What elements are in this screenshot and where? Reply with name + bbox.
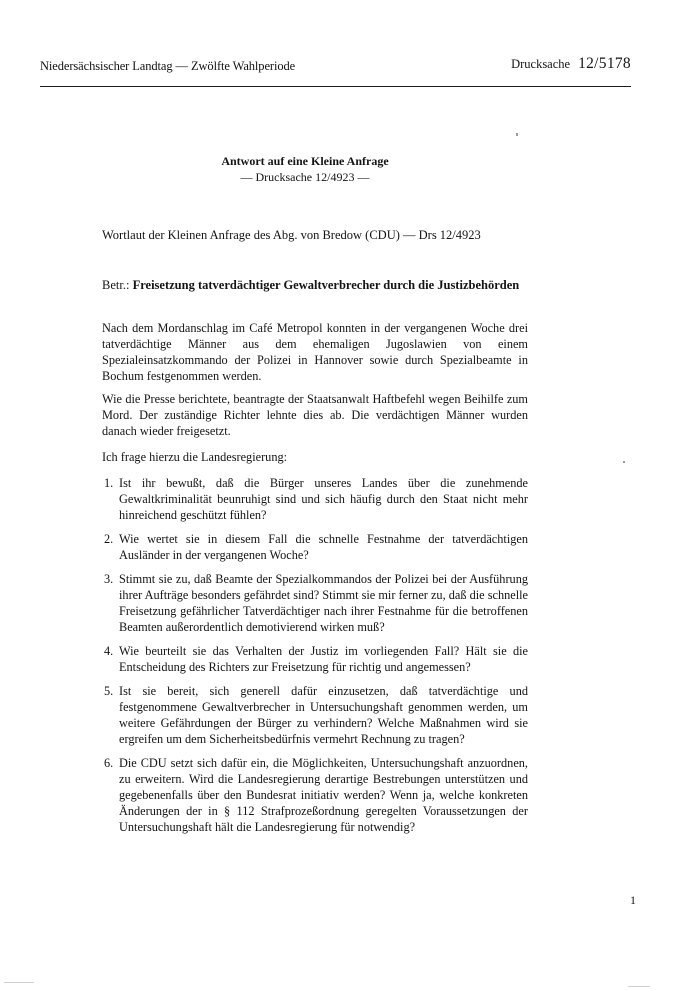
question-item: 5. Ist sie bereit, sich generell dafür e… <box>102 683 528 747</box>
question-number: 1. <box>104 475 113 491</box>
question-text: Wie wertet sie in diesem Fall die schnel… <box>119 532 528 562</box>
inquiry-body: Nach dem Mordanschlag im Café Metropol k… <box>102 320 528 843</box>
question-text: Die CDU setzt sich dafür ein, die Möglic… <box>119 756 528 834</box>
body-paragraph: Wie die Presse berichtete, beantragte de… <box>102 391 528 439</box>
question-item: 3. Stimmt sie zu, daß Beamte der Spezial… <box>102 571 528 635</box>
question-item: 1. Ist ihr bewußt, daß die Bürger unsere… <box>102 475 528 523</box>
answer-title: Antwort auf eine Kleine Anfrage <box>0 154 610 169</box>
scan-speck <box>516 133 518 136</box>
question-number: 3. <box>104 571 113 587</box>
scan-speck <box>623 461 625 463</box>
header-divider <box>40 86 631 87</box>
drucksache-reference: Drucksache 12/5178 <box>511 55 631 73</box>
question-number: 2. <box>104 531 113 547</box>
question-text: Ist ihr bewußt, daß die Bürger unseres L… <box>119 476 528 522</box>
subject-line: Betr.: Freisetzung tatverdächtiger Gewal… <box>102 278 519 293</box>
parliament-title: Niedersächsischer Landtag — Zwölfte Wahl… <box>40 59 295 74</box>
inquiry-wording-line: Wortlaut der Kleinen Anfrage des Abg. vo… <box>102 228 481 243</box>
question-text: Wie beurteilt sie das Verhalten der Just… <box>119 644 528 674</box>
subject-text: Freisetzung tatverdächtiger Gewaltverbre… <box>133 278 520 292</box>
document-page: Niedersächsischer Landtag — Zwölfte Wahl… <box>0 0 700 990</box>
body-paragraph: Nach dem Mordanschlag im Café Metropol k… <box>102 320 528 384</box>
question-number: 6. <box>104 755 113 771</box>
question-item: 2. Wie wertet sie in diesem Fall die sch… <box>102 531 528 563</box>
page-header: Niedersächsischer Landtag — Zwölfte Wahl… <box>40 55 631 77</box>
question-intro: Ich frage hierzu die Landesregierung: <box>102 449 528 465</box>
answer-subtitle: — Drucksache 12/4923 — <box>0 170 610 185</box>
question-list: 1. Ist ihr bewußt, daß die Bürger unsere… <box>102 475 528 835</box>
question-number: 5. <box>104 683 113 699</box>
scan-speck <box>628 986 650 987</box>
question-text: Ist sie bereit, sich generell dafür einz… <box>119 684 528 746</box>
question-item: 6. Die CDU setzt sich dafür ein, die Mög… <box>102 755 528 835</box>
question-text: Stimmt sie zu, daß Beamte der Spezialkom… <box>119 572 528 634</box>
question-item: 4. Wie beurteilt sie das Verhalten der J… <box>102 643 528 675</box>
question-number: 4. <box>104 643 113 659</box>
drucksache-label: Drucksache <box>511 57 570 71</box>
subject-label: Betr.: <box>102 278 129 292</box>
drucksache-number: 12/5178 <box>578 55 631 72</box>
page-number: 1 <box>630 893 636 908</box>
scan-speck <box>4 982 34 983</box>
